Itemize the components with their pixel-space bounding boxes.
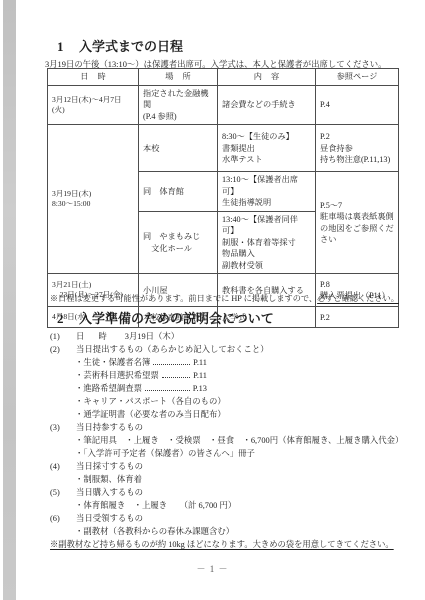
section2-number: 2 — [57, 311, 79, 327]
section1-title: 1入学式までの日程 — [57, 36, 183, 55]
schedule-table: 日 時 場 所 内 容 参照ページ 3月12日(木)～4月7日(火) 指定された… — [47, 68, 399, 328]
scan-shadow-strip — [3, 0, 16, 600]
cell-ref: P.4 — [316, 86, 399, 125]
item1-label-time: 時 — [98, 330, 106, 343]
bullet-item: ・芸術科目選択希望票P.11 — [75, 369, 207, 382]
bullet-item: ・進路希望調査票P.13 — [75, 382, 207, 395]
item5-number: (5) — [50, 486, 76, 499]
section1-number: 1 — [57, 39, 79, 55]
item3-line: ・「入学許可予定者（保護者）の皆さんへ」冊子 — [50, 447, 415, 460]
cell-ref: P.5～7 駐車場は裏表紙裏側の地図をご参照ください — [316, 172, 399, 274]
item6-heading-text: 当日受領するもの — [76, 514, 143, 523]
item5-heading: (5)当日購入するもの — [50, 486, 415, 499]
item6-heading: (6)当日受領するもの — [50, 512, 415, 525]
bullet-page-ref: P.11 — [193, 369, 207, 382]
dotted-leader — [145, 390, 190, 391]
section1-title-text: 入学式までの日程 — [79, 39, 183, 54]
note-underlined: 必ずご確認ください。 — [317, 294, 399, 303]
dotted-leader — [153, 364, 190, 365]
page-number: － 1 － — [0, 562, 425, 575]
item4-line: ・制服類、体育着 — [50, 473, 415, 486]
cell-date: 3月19日(木) 8:30～15:00 — [48, 125, 139, 274]
section2-title-text: 入学準備のための説明会について — [79, 311, 274, 326]
item3-number: (3) — [50, 421, 76, 434]
cell-content: 諸会費などの手続き — [218, 86, 316, 125]
schedule-change-note: ※日程は変更する可能性があります。前日までに HP に掲載しますので、必ずご確認… — [47, 293, 399, 304]
item3-heading-text: 当日持参するもの — [76, 423, 143, 432]
cell-content: 13:40～【保護者同伴可】 制服・体育着等採寸 物品購入 副教材受領 — [218, 211, 316, 273]
cell-place: 同 やまもみじ 文化ホール — [139, 211, 218, 273]
item1-number: (1) — [50, 330, 76, 343]
cell-content: 8:30～【生徒のみ】 書類提出 水準テスト — [218, 125, 316, 172]
item2-number: (2) — [50, 343, 76, 356]
table-header-row: 日 時 場 所 内 容 参照ページ — [48, 69, 399, 86]
bullet-label: ・芸術科目選択希望票 — [75, 369, 159, 382]
cell-place: 同 体育館 — [139, 172, 218, 211]
cell-place: 指定された金融機関 (P.4 参照) — [139, 86, 218, 125]
bullet-item: ・生徒・保護者名簿P.11 — [75, 356, 207, 369]
header-place: 場 所 — [139, 69, 218, 86]
cell-ref: P.2 — [316, 307, 399, 328]
item2-heading: (2)当日提出するもの（あらかじめ記入しておくこと） — [50, 343, 415, 356]
item4-heading: (4)当日採寸するもの — [50, 460, 415, 473]
header-ref-page: 参照ページ — [316, 69, 399, 86]
bullet-page-ref: P.13 — [193, 382, 207, 395]
item3-line: ・筆記用具 ・上履き ・受検票 ・昼食 ・6,700円（体育館履き、上履き購入代… — [50, 434, 415, 447]
item3-heading: (3)当日持参するもの — [50, 421, 415, 434]
item2-bullets: ・生徒・保護者名簿P.11 ・芸術科目選択希望票P.11 ・進路希望調査票P.1… — [50, 356, 415, 421]
table-row: 3月12日(木)～4月7日(火) 指定された金融機関 (P.4 参照) 諸会費な… — [48, 86, 399, 125]
bullet-page-ref: P.11 — [193, 356, 207, 369]
bullet-item: ・キャリア・パスポート（各自のもの） — [75, 395, 415, 408]
item4-number: (4) — [50, 460, 76, 473]
bullet-label: ・生徒・保護者名簿 — [75, 356, 150, 369]
item1-label-day: 日 — [76, 330, 84, 343]
cell-content: 13:10～【保護者出席可】 生徒指導説明 — [218, 172, 316, 211]
item5-line: ・体育館履き ・上履き （計 6,700 円） — [50, 499, 415, 512]
item4-heading-text: 当日採寸するもの — [76, 462, 143, 471]
section2-body: (1)日時3月19日（木） (2)当日提出するもの（あらかじめ記入しておくこと）… — [50, 330, 415, 551]
bullet-label: ・進路希望調査票 — [75, 382, 142, 395]
item6-line: ・副教材（各教科からの春休み課題含む） — [50, 525, 415, 538]
bullet-item: ・通学証明書（必要な者のみ当日配布） — [75, 408, 415, 421]
header-date: 日 時 — [48, 69, 139, 86]
header-content: 内 容 — [218, 69, 316, 86]
item6-number: (6) — [50, 512, 76, 525]
note-prefix: ※日程は変更する可能性があります。前日までに HP に掲載しますので、 — [50, 294, 317, 303]
table-row: 3月19日(木) 8:30～15:00 本校 8:30～【生徒のみ】 書類提出 … — [48, 125, 399, 172]
cell-date: 3月12日(木)～4月7日(火) — [48, 86, 139, 125]
section2-title: 2入学準備のための説明会について — [57, 308, 274, 327]
dotted-leader — [162, 377, 190, 378]
cell-ref: P.2 昼食持参 持ち物注意(P.11,13) — [316, 125, 399, 172]
item1-value: 3月19日（木） — [125, 332, 179, 341]
baggage-note: ※副教材など持ち帰るものが約 10kg ほどになります。大きめの袋を用意してきて… — [50, 538, 415, 551]
item1-datetime: (1)日時3月19日（木） — [50, 330, 415, 343]
item2-heading-text: 当日提出するもの（あらかじめ記入しておくこと） — [76, 345, 269, 354]
item5-heading-text: 当日購入するもの — [76, 488, 143, 497]
cell-place: 本校 — [139, 125, 218, 172]
